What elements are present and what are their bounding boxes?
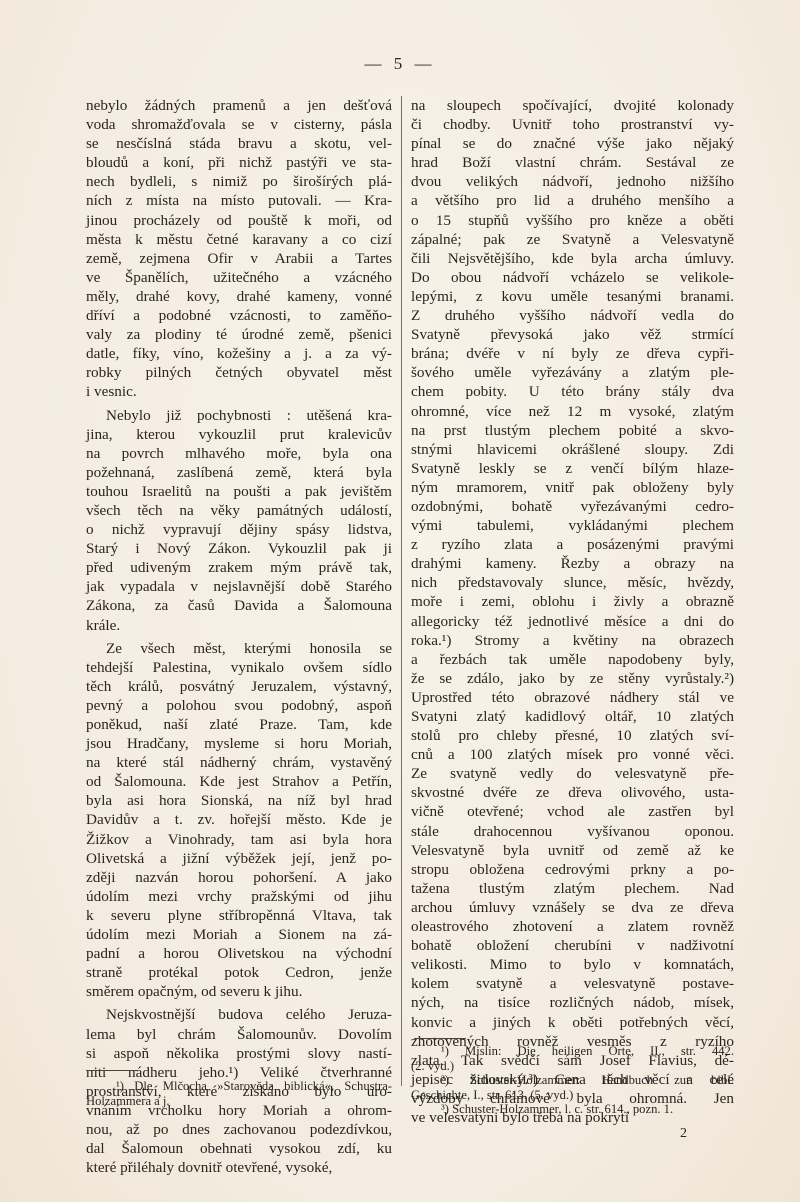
text-line: zápalné; pak ze Svatyně a Velesvatyně (411, 230, 734, 249)
footnotes-left: ¹) Dle Mlčocha »Starověda biblická«, Sch… (86, 1079, 392, 1108)
text-line: poněkud, naší zlaté Praze. Tam, kde (86, 715, 392, 734)
text-line: kolem svatyně a velesvatyně postave- (411, 974, 734, 993)
text-line: archou úmluvy vznášely se dva ze dřeva (411, 898, 734, 917)
text-line: brána; dvéře v ní byly ze dřeva cypři- (411, 344, 734, 363)
text-line: skvostné dvéře ze dřeva olivového, usta- (411, 783, 734, 802)
text-line: nou, až po dnes zachovanou podezdívkou, (86, 1120, 392, 1139)
text-line: stále drahocennou vyšívanou oponou. (411, 822, 734, 841)
text-line: nich představovaly slunce, měsíc, hvězdy… (411, 573, 734, 592)
text-line: Žižkov a Vinohrady, tam asi byla hora (86, 830, 392, 849)
text-line: si aspoň několika prostými slovy nastí- (86, 1044, 392, 1063)
text-line: ohromné, více než 12 m vysoké, zlatým (411, 402, 734, 421)
text-line: konvic a jiných k oběti potřebných věcí, (411, 1013, 734, 1032)
text-line: ních z místa na místo putovali. — Kra- (86, 191, 392, 210)
text-line: na prst tlustým plechem pobité a skvo- (411, 421, 734, 440)
text-line: měly, drahé kovy, drahé kameny, vonné (86, 287, 392, 306)
text-line: cnů a 100 zlatých mísek pro vonné věci. (411, 745, 734, 764)
footnote-line: Holzammera a j. (86, 1094, 392, 1109)
text-line: roka.¹) Stromy a květiny na obrazech (411, 631, 734, 650)
text-line: pevný a polohou svou podobný, aspoň (86, 696, 392, 715)
text-line: čili Nejsvětějšího, kde byla archa úmluv… (411, 249, 734, 268)
text-line: dvou velikých nádvoří, jednoho nižšího (411, 172, 734, 191)
left-text-column: nebylo žádných pramenů a jen dešťovávoda… (86, 96, 392, 1177)
text-line: bloudů a koní, při nichž pastýři ve sta- (86, 153, 392, 172)
footnote-rule-right (414, 1038, 466, 1039)
text-line: padní a horou Olivetskou na východní (86, 944, 392, 963)
text-line: ozdobnými, bohatě vyřezávanými cedro- (411, 497, 734, 516)
text-line: že se zdálo, jako by ze stěny vyrůstaly.… (411, 669, 734, 688)
text-line: o 15 stupňů vyššího pro kněze a oběti (411, 211, 734, 230)
text-line: Davidův a t. zv. hořejší město. Kde je (86, 810, 392, 829)
text-line: země, zejmena Ofir v Arabii a Tartes (86, 249, 392, 268)
text-line: Nebylo již pochybnosti : utěšená kra- (86, 406, 392, 425)
text-line: Svatyni zlatý kadidlový oltář, 10 zlatýc… (411, 707, 734, 726)
text-line: drahými kameny. Řezby a obrazy na (411, 554, 734, 573)
text-line: bohatě obložení cherubíni v nadživotní (411, 936, 734, 955)
text-line: datle, fíky, víno, kožešiny a j. a za vý… (86, 344, 392, 363)
text-line: i vesnic. (86, 382, 392, 401)
text-line: ným mramorem, vnitř pak obloženy byly (411, 478, 734, 497)
text-line: a většího pro lid a druhého menšího a (411, 191, 734, 210)
text-line: pínal se do značné výše jako nějaký (411, 134, 734, 153)
text-line: oleastrového zhotovení a zlatem rovněž (411, 917, 734, 936)
text-line: allegoricky též jednotlivé měsíce a dni … (411, 612, 734, 631)
text-line: lepými, z kovu uměle tesanými branami. (411, 287, 734, 306)
text-line: zději nazván horou pohoršení. A jako (86, 868, 392, 887)
text-line: se nesčíslná stáda bravu a skotu, vel- (86, 134, 392, 153)
text-line: chem pobity. U této brány stály dva (411, 382, 734, 401)
text-line: dříví a podobné vzácnosti, to zaměňo- (86, 306, 392, 325)
text-line: před udiveným zrakem mým právě tak, (86, 558, 392, 577)
footnote-line: Geschichte, I., str. 613. (5. vyd.) (411, 1088, 734, 1103)
text-line: všech těch na věky památných událostí, (86, 501, 392, 520)
footnotes-right: ¹) Mislin: Die heiligen Orte, II., str. … (411, 1044, 734, 1117)
text-line: Nejskvostnější budova celého Jeruza- (86, 1005, 392, 1024)
text-line: touhou Israelitů na poušti a pak jeviště… (86, 482, 392, 501)
text-line: údolím mezi vrchy pražskými od jihu (86, 887, 392, 906)
text-line: Svatyně převysoká jako věž strmící (411, 325, 734, 344)
text-line: krále. (86, 616, 392, 635)
text-line: ve Španělích, užitečného a vzácného (86, 268, 392, 287)
text-line: stnými hlavicemi okrášlené sloupy. Zdi (411, 440, 734, 459)
text-line: byla asi hora Sionská, na níž byl hrad (86, 791, 392, 810)
text-line: od Šalomouna. Kde jest Strahov a Petřín, (86, 772, 392, 791)
text-line: velikosti. Mimo to bylo v komnatách, (411, 955, 734, 974)
text-line: k severu plyne stříbropěnná Vltava, tak (86, 906, 392, 925)
text-line: požehnaná, zaslíbená země, která byla (86, 463, 392, 482)
right-text-column: na sloupech spočívající, dvojité kolonad… (411, 96, 734, 1127)
book-page: — 5 — nebylo žádných pramenů a jen dešťo… (0, 0, 800, 1202)
text-line: údolím mezi Moriah a Sionem na zá- (86, 925, 392, 944)
text-line: robky pilných četných obyvatel měst (86, 363, 392, 382)
text-line: straně protékal potok Cedron, jenže (86, 963, 392, 982)
text-line: šového uměle vyřezávány a zlatým ple- (411, 363, 734, 382)
text-line: jak vypadala v nejslavnější době Starého (86, 577, 392, 596)
text-line: které přiléhaly dovnitř otevřené, vysoké… (86, 1158, 392, 1177)
text-line: na povrch mlhavého moře, byla ona (86, 444, 392, 463)
text-line: dal Šalomoun obehnati vysokou zdí, ku (86, 1139, 392, 1158)
text-line: jsou Hradčany, mysleme si horu Moriah, (86, 734, 392, 753)
text-line: stolů pro chleby přesné, 10 zlatých sví- (411, 726, 734, 745)
text-line: směrem opačným, od severu k jihu. (86, 982, 392, 1001)
text-line: Ze svatyně vedly do velesvatyně pře- (411, 764, 734, 783)
text-line: hrad Boží vlastní chrám. Sestával ze (411, 153, 734, 172)
footnote-line: ³) Schuster-Holzammer, l. c. str. 614., … (411, 1102, 734, 1117)
text-line: nebylo žádných pramenů a jen dešťová (86, 96, 392, 115)
text-line: ných, na tisíce rozličných nádob, mísek, (411, 993, 734, 1012)
text-line: Uprostřed této obrazové nádhery stál ve (411, 688, 734, 707)
text-line: jina, kterou vykouzlil prut kralevicův (86, 425, 392, 444)
text-line: Z druhého vyššího nádvoří vedla do (411, 306, 734, 325)
text-line: tažena tlustým zlatým plechem. Nad (411, 879, 734, 898)
text-line: města k městu četné karavany a co cizí (86, 230, 392, 249)
text-line: moře i zemi, oblohu i živly a obrazně (411, 592, 734, 611)
text-line: a řezbách tak uměle napodobeny byly, (411, 650, 734, 669)
footnote-line: ²) Schuster-Holzammer: Handbuch zur bibl… (411, 1073, 734, 1088)
text-line: tehdejší Palestina, vynikalo ovšem sídlo (86, 658, 392, 677)
footnote-line: (2. vyd.) (411, 1059, 734, 1074)
text-line: valy za plodiny té úrodné země, pšenici (86, 325, 392, 344)
footnote-line: ¹) Dle Mlčocha »Starověda biblická«, Sch… (86, 1079, 392, 1094)
text-line: o nichž vypravují dějiny spásy lidstva, (86, 520, 392, 539)
page-number: — 5 — (0, 54, 800, 74)
footnote-line: ¹) Mislin: Die heiligen Orte, II., str. … (411, 1044, 734, 1059)
text-line: z ryzího zlata a posázenými pravými (411, 535, 734, 554)
text-line: lema byl chrám Šalomounův. Dovolím (86, 1025, 392, 1044)
column-divider (401, 96, 402, 1086)
text-line: vičně otevřené; vchod ale zastřen byl (411, 802, 734, 821)
text-line: Zákona, za časů Davida a Šalomouna (86, 596, 392, 615)
text-line: na sloupech spočívající, dvojité kolonad… (411, 96, 734, 115)
footnote-rule-left (86, 1070, 138, 1071)
text-line: Starý i Nový Zákon. Vykouzlil pak ji (86, 539, 392, 558)
text-line: Ze všech měst, kterými honosila se (86, 639, 392, 658)
text-line: stropu obložena cedrovými prkny a po- (411, 860, 734, 879)
text-line: Do obou nádvoří vcházelo se velikole- (411, 268, 734, 287)
signature-mark: 2 (680, 1126, 687, 1142)
text-line: nech bydleli, s nimiž po širošírých plá- (86, 172, 392, 191)
text-line: voda shromažďovala se v cisterny, pásla (86, 115, 392, 134)
text-line: jinou procházely od pouště k moři, od (86, 211, 392, 230)
text-line: Velesvatyně byla uvnitř od země až ke (411, 841, 734, 860)
text-line: Svatyně leskly se z venčí bílým hlaze- (411, 459, 734, 478)
text-line: či chodby. Uvnitř toho prostranství vy- (411, 115, 734, 134)
text-line: Olivetská a jižní výběžek její, jenž po- (86, 849, 392, 868)
text-line: vými tabulemi, vykládanými plechem (411, 516, 734, 535)
text-line: těch králů, posvátný Jeruzalem, výstavný… (86, 677, 392, 696)
text-line: na které stál nádherný chrám, vystavěný (86, 753, 392, 772)
